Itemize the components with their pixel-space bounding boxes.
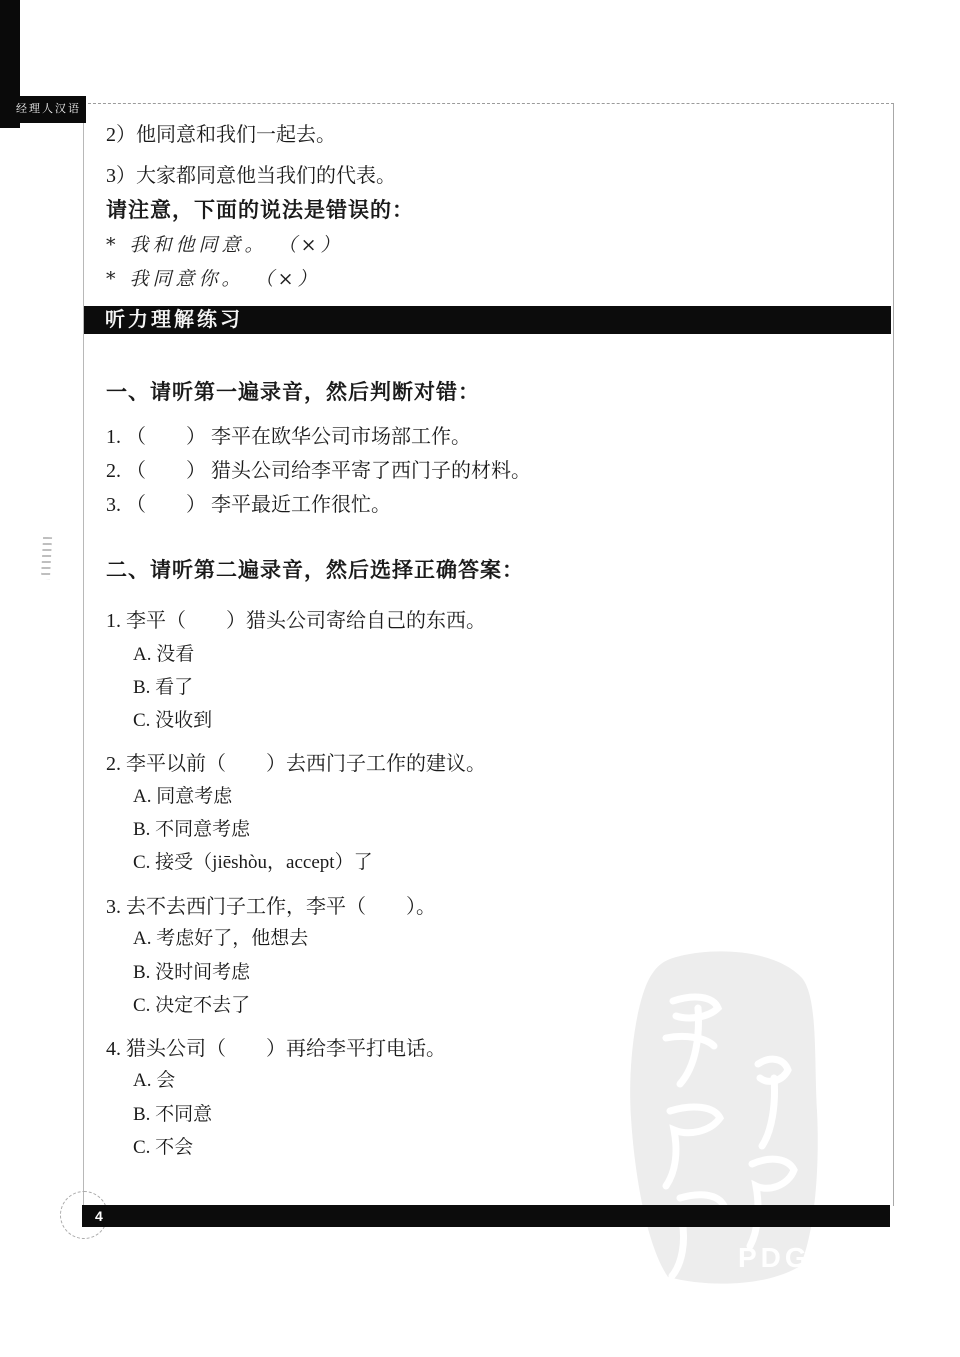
section-header-bar: 听力理解练习 (84, 306, 891, 334)
truefalse-item: 3. （ ） 李平最近工作很忙。 (106, 488, 391, 517)
option-item: A. 没看 (133, 639, 194, 666)
option-item: B. 看了 (133, 672, 193, 699)
section-title: 听力理解练习 (105, 309, 243, 331)
option-item: A. 同意考虑 (133, 781, 232, 808)
option-item: C. 接受（jiēshòu，accept）了 (133, 847, 373, 874)
scanned-textbook-page: { "page": { "edge_label": "经理人汉语", "page… (0, 0, 960, 1357)
question-stem: 4. 猎头公司（ ）再给李平打电话。 (106, 1032, 446, 1061)
question-stem: 3. 去不去西门子工作，李平（ ）。 (106, 890, 436, 919)
option-item: A. 会 (133, 1065, 175, 1092)
booklet-tab-label: 经理人汉语 (16, 103, 81, 115)
option-item: C. 不会 (133, 1132, 193, 1159)
part-two-heading: 二、请听第二遍录音，然后选择正确答案： (106, 554, 524, 584)
watermark-pdg-label: PDG (738, 1242, 811, 1274)
page-footer-bar: 4 (82, 1205, 890, 1227)
option-item: C. 没收到 (133, 705, 212, 732)
incorrect-example: * 我和他同意。 （×） (106, 230, 344, 257)
example-sentence: 2）他同意和我们一起去。 (106, 118, 336, 147)
option-item: B. 不同意 (133, 1099, 212, 1126)
option-item: A. 考虑好了，他想去 (133, 923, 308, 950)
part-one-heading: 一、请听第一遍录音，然后判断对错： (106, 376, 480, 406)
content-frame: 2）他同意和我们一起去。 3）大家都同意他当我们的代表。 请注意，下面的说法是错… (83, 103, 894, 1206)
incorrect-example: * 我同意你。 （×） (106, 264, 321, 291)
page-number: 4 (95, 1208, 103, 1224)
booklet-edge-tab: 经理人汉语 (0, 96, 86, 123)
option-item: C. 决定不去了 (133, 990, 250, 1017)
margin-scan-artifact (41, 537, 52, 579)
question-stem: 1. 李平（ ）猎头公司寄给自己的东西。 (106, 604, 486, 633)
truefalse-item: 2. （ ） 猎头公司给李平寄了西门子的材料。 (106, 454, 531, 483)
truefalse-item: 1. （ ） 李平在欧华公司市场部工作。 (106, 420, 471, 449)
note-heading: 请注意，下面的说法是错误的： (106, 194, 414, 224)
option-item: B. 不同意考虑 (133, 814, 250, 841)
question-stem: 2. 李平以前（ ）去西门子工作的建议。 (106, 747, 486, 776)
option-item: B. 没时间考虑 (133, 957, 250, 984)
example-sentence: 3）大家都同意他当我们的代表。 (106, 159, 396, 188)
